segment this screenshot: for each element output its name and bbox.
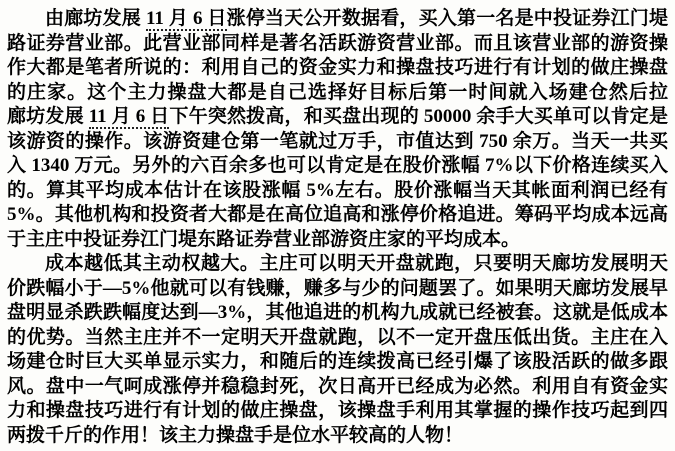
- text-line: 价跌幅小于—5%他就可以有钱赚，赚多与少的问题罢了。如果明天廊坊发展早: [7, 277, 668, 302]
- text-line: 两拨千斤的作用！该主力操盘手是位水平较高的人物！: [7, 424, 668, 449]
- text-line: 风。盘中一气呵成涨停并稳稳封死，次日高开已经成为必然。利用自有资金实: [7, 375, 668, 400]
- text-run: 入 1340 万元。另外的六百余多也可以肯定是在股价涨幅 7%以下价格连续买入: [7, 155, 668, 176]
- text-run: 力和操盘技巧进行有计划的做庄操盘，该操盘手利用其掌握的操作技巧起到四: [7, 400, 668, 421]
- text-line: 的优势。当然主庄并不一定明天开盘就跑，以不一定开盘压低出货。主庄在入: [7, 326, 668, 351]
- document-page: 由廊坊发展 11 月 6 日涨停当天公开数据看，买入第一名是中投证券江门堤东路证…: [0, 0, 675, 451]
- text-line: 的庄家。这个主力操盘大都是自己选择好目标后第一时间就入场建仓然后拉高。: [7, 81, 668, 106]
- underlined-date: 11 月 6 日: [89, 106, 170, 129]
- text-line: 该游资的操作。该游资建仓第一笔就过万手，市值达到 750 余万。当天一共买: [7, 130, 668, 155]
- text-run: 场建仓时巨大买单显示实力，和随后的连续拨高已经引爆了该股活跃的做多跟: [7, 351, 668, 372]
- text-line: 力和操盘技巧进行有计划的做庄操盘，该操盘手利用其掌握的操作技巧起到四: [7, 399, 668, 424]
- text-line: 5%。其他机构和投资者大都是在高位追高和涨停价格追进。筹码平均成本远高: [7, 203, 668, 228]
- text-run: 下午突然拨高，和买盘出现的 50000 余手大买单可以肯定是: [169, 106, 668, 127]
- text-line: 于主庄中投证券江门堤东路证券营业部游资庄家的平均成本。: [7, 228, 668, 253]
- text-line: 作大都是笔者所说的：利用自己的资金实力和操盘技巧进行有计划的做庄操盘: [7, 56, 668, 81]
- document-body: 由廊坊发展 11 月 6 日涨停当天公开数据看，买入第一名是中投证券江门堤东路证…: [7, 7, 668, 448]
- text-run: 于主庄中投证券江门堤东路证券营业部游资庄家的平均成本。: [7, 229, 520, 250]
- text-run: 风。盘中一气呵成涨停并稳稳封死，次日高开已经成为必然。利用自有资金实: [7, 376, 668, 397]
- text-run: 的庄家。这个主力操盘大都是自己选择好目标后第一时间就入场建仓然后拉高。: [7, 82, 668, 106]
- text-run: 5%。其他机构和投资者大都是在高位追高和涨停价格追进。筹码平均成本远高: [7, 204, 668, 225]
- text-run: 由廊坊发展: [45, 8, 146, 29]
- text-line: 成本越低其主动权越大。主庄可以明天开盘就跑，只要明天廊坊发展明天股: [7, 252, 668, 277]
- text-run: 两拨千斤的作用！该主力操盘手是位水平较高的人物！: [7, 425, 463, 446]
- text-run: 的。算其平均成本估计在该股涨幅 5%左右。股价涨幅当天其帐面利润已经有: [7, 180, 668, 201]
- text-run: 路证券营业部。此营业部同样是著名活跃游资营业部。而且该营业部的游资操: [7, 33, 668, 54]
- text-run: 的优势。当然主庄并不一定明天开盘就跑，以不一定开盘压低出货。主庄在入: [7, 327, 668, 348]
- underlined-date: 11 月 6 日: [146, 8, 227, 31]
- text-line: 盘明显杀跌跌幅度达到—3%，其他追进的机构九成就已经被套。这就是低成本: [7, 301, 668, 326]
- text-line: 由廊坊发展 11 月 6 日涨停当天公开数据看，买入第一名是中投证券江门堤东: [7, 7, 668, 32]
- text-line: 廊坊发展 11 月 6 日下午突然拨高，和买盘出现的 50000 余手大买单可以…: [7, 105, 668, 130]
- text-line: 路证券营业部。此营业部同样是著名活跃游资营业部。而且该营业部的游资操: [7, 32, 668, 57]
- text-line: 的。算其平均成本估计在该股涨幅 5%左右。股价涨幅当天其帐面利润已经有: [7, 179, 668, 204]
- text-run: 成本越低其主动权越大。主庄可以明天开盘就跑，只要明天廊坊发展明天股: [45, 253, 668, 277]
- text-line: 场建仓时巨大买单显示实力，和随后的连续拨高已经引爆了该股活跃的做多跟: [7, 350, 668, 375]
- text-line: 入 1340 万元。另外的六百余多也可以肯定是在股价涨幅 7%以下价格连续买入: [7, 154, 668, 179]
- text-run: 廊坊发展: [7, 106, 89, 127]
- text-run: 盘明显杀跌跌幅度达到—3%，其他追进的机构九成就已经被套。这就是低成本: [7, 302, 668, 323]
- text-run: 该游资的操作。该游资建仓第一笔就过万手，市值达到 750 余万。当天一共买: [7, 131, 668, 152]
- text-run: 作大都是笔者所说的：利用自己的资金实力和操盘技巧进行有计划的做庄操盘: [7, 57, 668, 78]
- text-run: 价跌幅小于—5%他就可以有钱赚，赚多与少的问题罢了。如果明天廊坊发展早: [7, 278, 668, 299]
